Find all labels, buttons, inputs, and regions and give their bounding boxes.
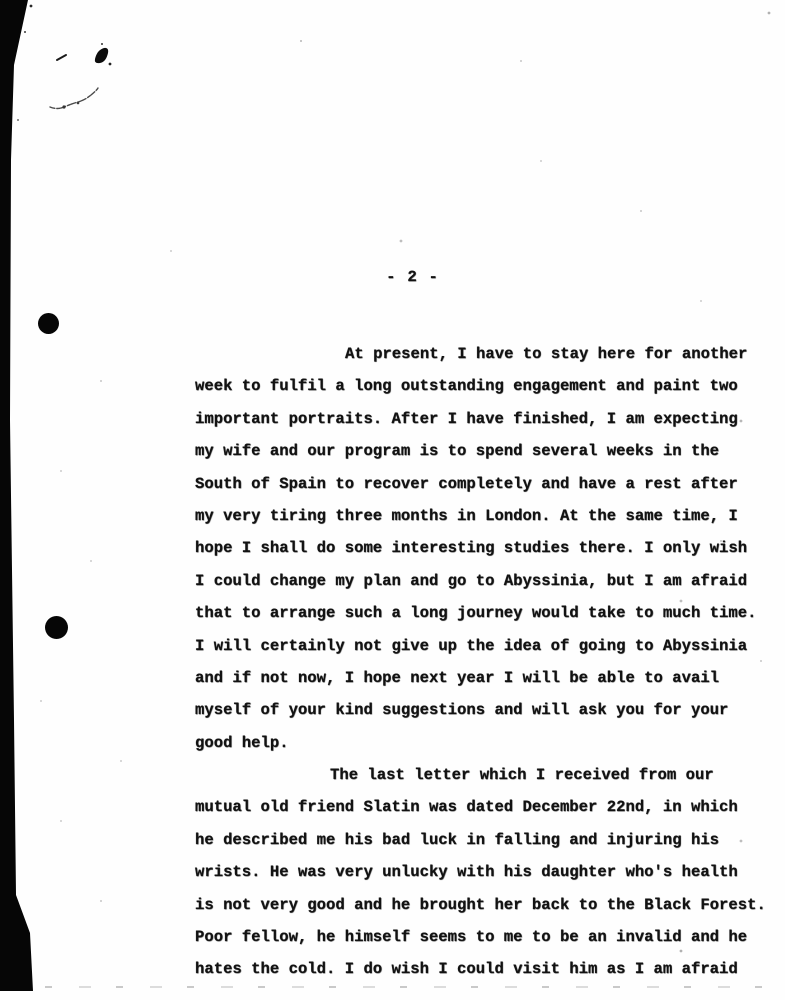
page-number: - 2 - <box>386 268 439 286</box>
letter-line: my wife and our program is to spend seve… <box>195 435 766 467</box>
letter-line: is not very good and he brought her back… <box>195 889 766 921</box>
letter-line: that to arrange such a long journey woul… <box>195 597 766 629</box>
hole-punch-top <box>38 313 59 334</box>
letter-line: Poor fellow, he himself seems to me to b… <box>195 921 766 953</box>
letter-line: week to fulfil a long outstanding engage… <box>195 370 766 402</box>
letter-line: hates the cold. I do wish I could visit … <box>195 953 766 985</box>
letter-line: important portraits. After I have finish… <box>195 403 766 435</box>
letter-line: he described me his bad luck in falling … <box>195 824 766 856</box>
letter-line: I will certainly not give up the idea of… <box>195 630 766 662</box>
letter-line: myself of your kind suggestions and will… <box>195 694 766 726</box>
scanned-letter-page: - 2 - At present, I have to stay here fo… <box>0 0 785 1000</box>
letter-line: I could change my plan and go to Abyssin… <box>195 565 766 597</box>
scan-speckles <box>300 40 302 42</box>
letter-line: good help. <box>195 727 766 759</box>
letter-line: At present, I have to stay here for anot… <box>195 338 766 370</box>
letter-line: The last letter which I received from ou… <box>195 759 766 791</box>
letter-line: my very tiring three months in London. A… <box>195 500 766 532</box>
letter-line: and if not now, I hope next year I will … <box>195 662 766 694</box>
scan-edge-artifact <box>0 0 40 1000</box>
letter-body: At present, I have to stay here for anot… <box>195 338 766 986</box>
hole-punch-bottom <box>45 616 68 639</box>
scan-bottom-noise <box>45 986 775 988</box>
letter-line: hope I shall do some interesting studies… <box>195 532 766 564</box>
letter-line: South of Spain to recover completely and… <box>195 468 766 500</box>
pencil-mark <box>40 35 150 120</box>
letter-line: wrists. He was very unlucky with his dau… <box>195 856 766 888</box>
letter-line: mutual old friend Slatin was dated Decem… <box>195 791 766 823</box>
